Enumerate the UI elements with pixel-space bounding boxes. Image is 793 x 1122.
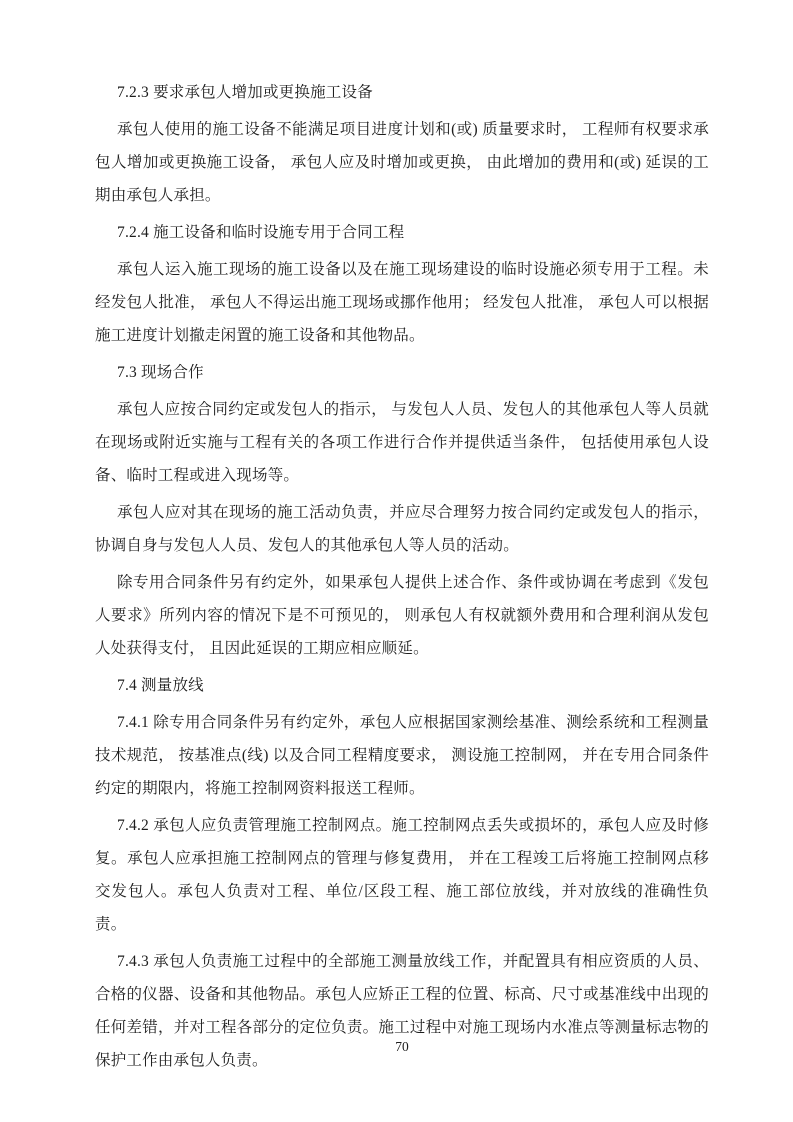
section-heading-7-3: 7.3 现场合作: [95, 356, 709, 389]
clause-paragraph-7-4-2: 7.4.2 承包人应负责管理施工控制网点。施工控制网点丢失或损坏的，承包人应及时…: [95, 809, 709, 941]
clause-paragraph-7-3-2: 承包人应对其在现场的施工活动负责，并应尽合理努力按合同约定或发包人的指示，协调自…: [95, 496, 709, 562]
clause-paragraph-7-3-3: 除专用合同条件另有约定外，如果承包人提供上述合作、条件或协调在考虑到《发包人要求…: [95, 566, 709, 665]
clause-paragraph-7-3-1: 承包人应按合同约定或发包人的指示， 与发包人人员、发包人的其他承包人等人员就在现…: [95, 393, 709, 492]
section-heading-7-4: 7.4 测量放线: [95, 669, 709, 702]
section-heading-7-2-3: 7.2.3 要求承包人增加或更换施工设备: [95, 76, 709, 109]
page-content: 7.2.3 要求承包人增加或更换施工设备 承包人使用的施工设备不能满足项目进度计…: [95, 76, 709, 1081]
clause-paragraph-7-4-1: 7.4.1 除专用合同条件另有约定外，承包人应根据国家测绘基准、测绘系统和工程测…: [95, 706, 709, 805]
contract-page: 7.2.3 要求承包人增加或更换施工设备 承包人使用的施工设备不能满足项目进度计…: [0, 0, 793, 1122]
document-page: { "document": { "page_number": "70", "bl…: [0, 0, 793, 1122]
page-number: 70: [95, 1038, 709, 1056]
clause-paragraph-7-2-4: 承包人运入施工现场的施工设备以及在施工现场建设的临时设施必须专用于工程。未经发包…: [95, 253, 709, 352]
clause-paragraph-7-2-3: 承包人使用的施工设备不能满足项目进度计划和(或) 质量要求时， 工程师有权要求承…: [95, 113, 709, 212]
section-heading-7-2-4: 7.2.4 施工设备和临时设施专用于合同工程: [95, 216, 709, 249]
clause-paragraph-7-4-3: 7.4.3 承包人负责施工过程中的全部施工测量放线工作，并配置具有相应资质的人员…: [95, 945, 709, 1077]
